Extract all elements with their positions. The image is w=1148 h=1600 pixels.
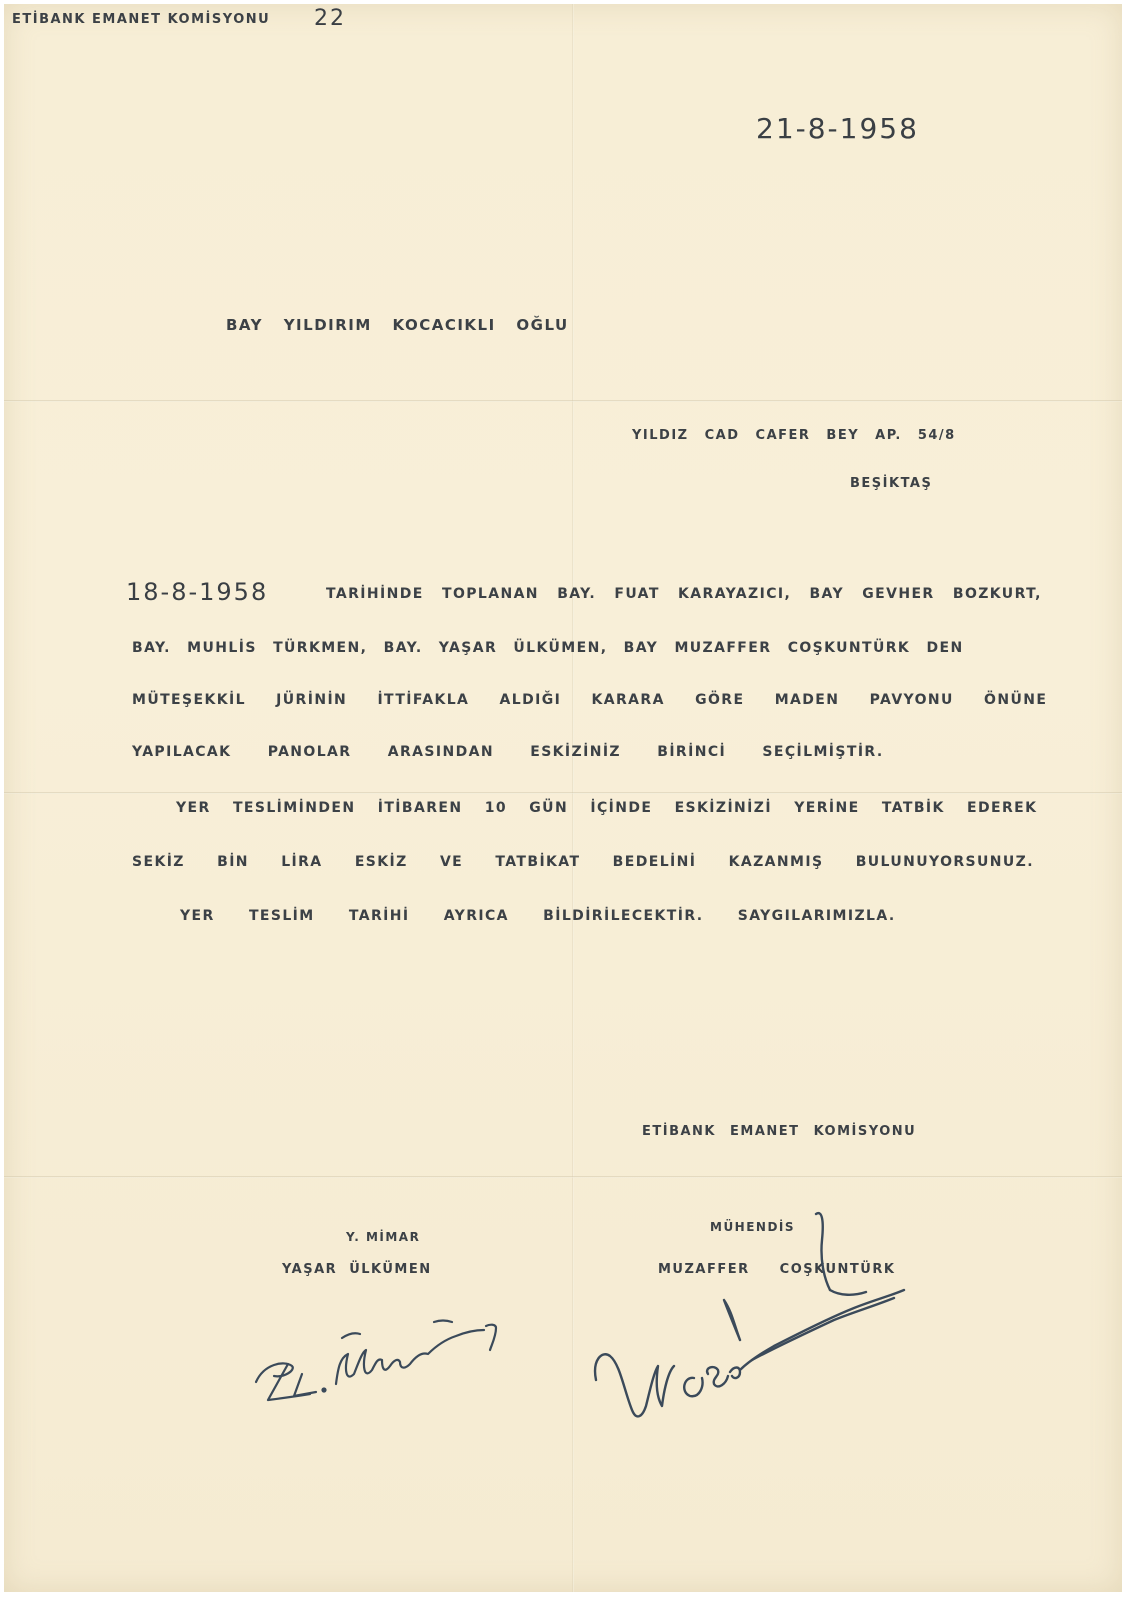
signature-1-icon	[244, 1304, 554, 1414]
letter-paper: ETİBANK EMANET KOMİSYONU 22 21-8-1958 BA…	[4, 4, 1122, 1592]
meeting-date: 18-8-1958	[126, 578, 268, 606]
body-line-6: SEKİZ BİN LİRA ESKİZ VE TATBİKAT BEDELİN…	[132, 854, 1034, 870]
fold-line-horizontal	[4, 400, 1122, 402]
recipient-name: BAY YILDIRIM KOCACIKLI OĞLU	[226, 316, 569, 334]
fold-line-vertical	[572, 4, 574, 1592]
fold-line-horizontal	[4, 792, 1122, 794]
header-number: 22	[314, 6, 346, 31]
body-line-2: BAY. MUHLİS TÜRKMEN, BAY. YAŞAR ÜLKÜMEN,…	[132, 640, 964, 656]
signature-2-icon	[584, 1200, 914, 1440]
header-organization: ETİBANK EMANET KOMİSYONU	[12, 12, 270, 27]
body-line-4: YAPILACAK PANOLAR ARASINDAN ESKİZİNİZ Bİ…	[132, 744, 884, 760]
recipient-address-line2: BEŞİKTAŞ	[850, 476, 932, 491]
recipient-address-line1: YILDIZ CAD CAFER BEY AP. 54/8	[632, 428, 956, 443]
letter-date: 21-8-1958	[756, 112, 919, 145]
body-line-3: MÜTEŞEKKİL JÜRİNİN İTTİFAKLA ALDIĞI KARA…	[132, 692, 1047, 708]
signatory-1-title: Y. MİMAR	[346, 1230, 420, 1244]
signatory-1-name: YAŞAR ÜLKÜMEN	[282, 1262, 432, 1277]
closing-organization: ETİBANK EMANET KOMİSYONU	[642, 1124, 916, 1139]
fold-line-horizontal	[4, 1176, 1122, 1178]
body-line-5: YER TESLİMİNDEN İTİBAREN 10 GÜN İÇİNDE E…	[176, 800, 1037, 816]
body-line-1: TARİHİNDE TOPLANAN BAY. FUAT KARAYAZICI,…	[326, 586, 1042, 602]
body-line-7: YER TESLİM TARİHİ AYRICA BİLDİRİLECEKTİR…	[180, 908, 896, 924]
